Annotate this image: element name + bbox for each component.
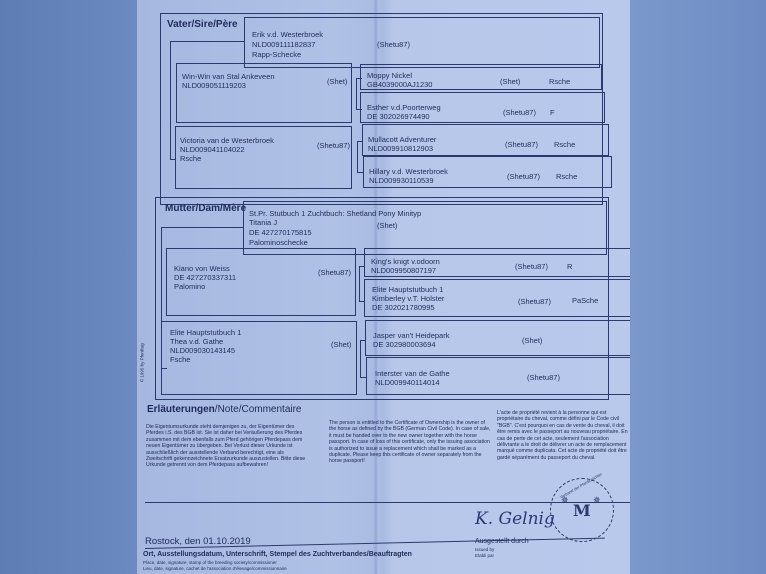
dam-ggs2-id: DE 302980003694 <box>373 340 436 350</box>
dam-name: Titania J <box>249 218 277 228</box>
dam-grandsire-breed: (Shetu87) <box>318 268 351 278</box>
sire-ggs2-breed: (Shetu87) <box>505 140 538 150</box>
sire-grandsire-id: NLD009051119203 <box>182 81 246 91</box>
dam-ggd1-breed: (Shetu87) <box>518 297 551 307</box>
background-left <box>0 0 140 574</box>
notes-french: L'acte de propriété revient à la personn… <box>497 410 630 461</box>
sire-ggd1-color: F <box>550 108 555 118</box>
issued-by-de: Ausgestellt durch <box>475 537 529 547</box>
dam-ggs1-breed: (Shetu87) <box>515 262 548 272</box>
dam-granddam-breed: (Shet) <box>331 340 351 350</box>
dam-color: Palominoschecke <box>249 238 308 248</box>
sire-ggs2-color: Rsche <box>554 140 575 150</box>
dam-ggs1-color: R <box>567 262 572 272</box>
signature: K. Gelnig <box>475 514 555 524</box>
sire-grandsire-breed: (Shet) <box>327 77 347 87</box>
association-stamp: Verband der Pferdezüchter M ✵ ✵ <box>550 478 614 542</box>
dam-ggd1-id: DE 302021780995 <box>372 303 435 313</box>
dam-ggs1-id: NLD009950807197 <box>371 266 436 276</box>
sire-ggd2-breed: (Shetu87) <box>507 172 540 182</box>
sire-color: Rapp-Schecke <box>252 50 301 60</box>
sire-ggd1-breed: (Shetu87) <box>503 108 536 118</box>
sire-granddam-color: Rsche <box>180 154 201 164</box>
sire-ggd2-color: Rsche <box>556 172 577 182</box>
sire-granddam-breed: (Shetu87) <box>317 141 350 151</box>
dam-section-title: Mutter/Dam/Mère <box>165 204 246 214</box>
dam-granddam-color: Fsche <box>170 355 190 365</box>
dam-connector-tick <box>161 227 243 228</box>
sire-ggs1-id: GB4039000AJ1230 <box>367 80 432 90</box>
copyright-text: © 1995 by Pferdtag <box>140 343 146 382</box>
issued-by-fr: Etabli par <box>475 553 494 559</box>
caption-fr: Lieu, date, signature, cachet de l'assoc… <box>143 566 287 572</box>
stamp-letter: M <box>573 501 591 520</box>
notes-title: Erläuterungen/Note/Commentaire <box>147 405 302 415</box>
sire-ggd2-id: NLD009930110539 <box>369 176 434 186</box>
dam-ggs2-breed: (Shet) <box>522 336 542 346</box>
notes-german: Die Eigentumsurkunde steht demjenigen zu… <box>146 424 308 469</box>
notes-title-rest: /Note/Commentaire <box>215 404 302 415</box>
dam-ggd2-breed: (Shetu87) <box>527 373 560 383</box>
sire-ggs2-id: NLD009910812903 <box>368 144 433 154</box>
caption-de: Ort, Ausstellungsdatum, Unterschrift, St… <box>143 550 412 560</box>
dam-breed: (Shet) <box>377 221 397 231</box>
sire-connector-tick <box>170 41 244 42</box>
sire-breed: (Shetu87) <box>377 40 410 50</box>
issued-by-en: Issued by <box>475 547 494 553</box>
dam-ggd1-color: PaSche <box>572 296 598 306</box>
dam-grandsire-color: Palomino <box>174 282 205 292</box>
notes-title-de: Erläuterungen <box>147 404 215 415</box>
background-right <box>630 0 766 574</box>
sire-section-title: Vater/Sire/Père <box>167 20 238 30</box>
sire-ggs1-color: Rsche <box>549 77 570 87</box>
stamp-star-icon-right: ✵ <box>593 495 601 506</box>
sire-ggd1-id: DE 302026974490 <box>367 112 430 122</box>
dam-ggd2-id: NLD009940114014 <box>375 378 440 388</box>
sire-ggs1-breed: (Shet) <box>500 77 520 87</box>
pedigree-document: Vater/Sire/Père Erik v.d. Westerbroek NL… <box>137 0 630 574</box>
notes-english: The person is entitled to the Certificat… <box>329 420 491 465</box>
sire-id: NLD009111182837 <box>252 40 315 50</box>
stamp-star-icon-left: ✵ <box>561 495 569 506</box>
dam-id: DE 427270175815 <box>249 228 312 238</box>
sire-name: Erik v.d. Westerbroek <box>252 30 323 40</box>
caption-en: Place, date, signature, stamp of the bre… <box>143 560 277 566</box>
